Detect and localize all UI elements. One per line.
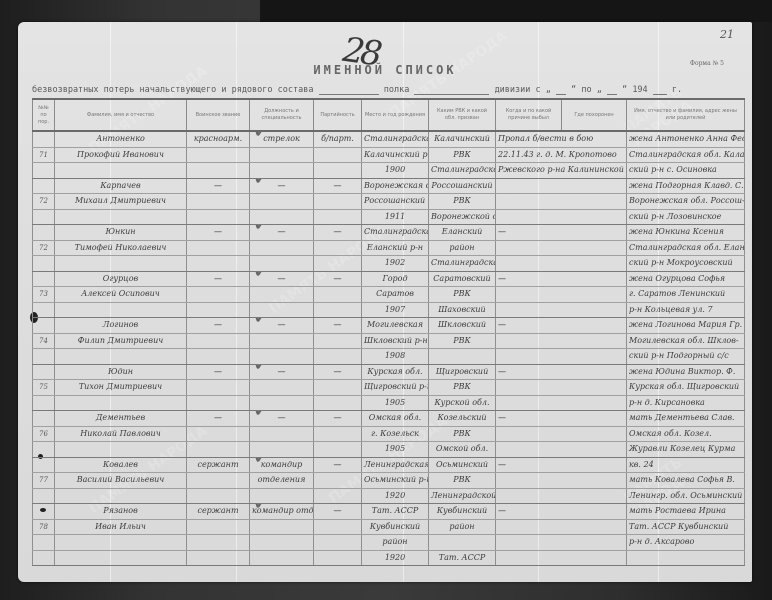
- row-number: 71: [33, 147, 55, 163]
- check-mark-icon: ✓: [252, 178, 272, 189]
- birth-place: Омская обл.: [362, 411, 429, 427]
- surname: Огурцов: [55, 271, 187, 287]
- table-row: 78 Иван Ильич Кувбинский район Тат. АССР…: [33, 519, 745, 535]
- subtitle-regiment: полка: [384, 85, 410, 95]
- relatives: Могилевская обл. Шклов-: [627, 333, 745, 349]
- birth-place: Осьминский р-н: [362, 473, 429, 489]
- table-row: 73 Алексей Осипович Саратов РВК г. Сарат…: [33, 287, 745, 303]
- position: ✓командир: [250, 457, 314, 473]
- check-mark-icon: ✓: [252, 457, 272, 468]
- table-row: Рязанов сержант ✓командир отд. — Тат. АС…: [33, 504, 745, 520]
- table-header-row: №№ по пор. Фамилия, имя и отчество Воинс…: [33, 99, 745, 131]
- drafted-by: Сталинградская обл.: [429, 256, 496, 272]
- birth-year: 1900: [362, 163, 429, 179]
- column-header-rank: Воинское звание: [187, 99, 250, 131]
- left-reason: —: [496, 271, 627, 287]
- drafted-by: Омской обл.: [429, 442, 496, 458]
- birth-year: 1905: [362, 442, 429, 458]
- column-header-buried: Где похоронен: [562, 99, 627, 131]
- drafted-by: Сталинградской обл.: [429, 163, 496, 179]
- birth-place: Город: [362, 271, 429, 287]
- birth-place: Саратов: [362, 287, 429, 303]
- check-mark-icon: ✓: [252, 504, 272, 515]
- relatives: Журавли Козелец Курма: [627, 442, 745, 458]
- relatives: жена Юдина Виктор. Ф.: [627, 364, 745, 380]
- birth-place: Калачинский р-н: [362, 147, 429, 163]
- relatives: р-н д. Кирсановка: [627, 395, 745, 411]
- drafted-by: Ленинградской обл.: [429, 488, 496, 504]
- position: ✓—: [250, 318, 314, 334]
- drafted-by: РВК: [429, 194, 496, 210]
- column-header-number: №№ по пор.: [33, 99, 55, 131]
- drafted-by: район: [429, 240, 496, 256]
- drafted-by: Россошанский: [429, 178, 496, 194]
- drafted-by: Козельский: [429, 411, 496, 427]
- drafted-by: Курской обл.: [429, 395, 496, 411]
- subtitle-year-suffix: г.: [672, 85, 682, 95]
- table-row: Ковалев сержант ✓командир — Ленинградска…: [33, 457, 745, 473]
- relatives: ский р-н Подгорный с/с: [627, 349, 745, 365]
- check-mark-icon: ✓: [252, 364, 272, 375]
- rank: красноарм.: [187, 131, 250, 147]
- table-row: 72 Михаил Дмитриевич Россошанский р-н РВ…: [33, 194, 745, 210]
- birth-place: Россошанский р-н: [362, 194, 429, 210]
- relatives: ский р-н с. Осиновка: [627, 163, 745, 179]
- table-row: 76 Николай Павлович г. Козельск РВК Омск…: [33, 426, 745, 442]
- position: отделения: [250, 473, 314, 489]
- table-row: Юдин — ✓— — Курская обл. Щигровский — же…: [33, 364, 745, 380]
- party: —: [314, 178, 362, 194]
- birth-place: район: [362, 535, 429, 551]
- relatives: ский р-н Мокроусовский: [627, 256, 745, 272]
- left-reason: [496, 178, 627, 194]
- table-row: Карпачев — ✓— — Воронежская обл. Россоша…: [33, 178, 745, 194]
- party: —: [314, 318, 362, 334]
- birth-place: Сталинградская: [362, 131, 429, 147]
- birth-year: 1908: [362, 349, 429, 365]
- left-reason: —: [496, 318, 627, 334]
- birth-year: 1907: [362, 302, 429, 318]
- left-reason: Ржевского р-на Калининской: [496, 163, 627, 179]
- left-reason: 22.11.43 г. д. М. Кропотово: [496, 147, 627, 163]
- relatives: кв. 24: [627, 457, 745, 473]
- relatives: Омская обл. Козел.: [627, 426, 745, 442]
- position: ✓—: [250, 178, 314, 194]
- scan-shadow: [260, 0, 772, 22]
- table-row: 1905 Курской обл. р-н д. Кирсановка: [33, 395, 745, 411]
- table-row: 1907 Шаховский р-н Кольцевая ул. 7: [33, 302, 745, 318]
- position: ✓—: [250, 271, 314, 287]
- row-number: 78: [33, 519, 55, 535]
- left-reason: —: [496, 364, 627, 380]
- surname: Рязанов: [55, 504, 187, 520]
- table-row: 77 Василий Васильевич отделения Осьминск…: [33, 473, 745, 489]
- party: б/парт.: [314, 131, 362, 147]
- table-row: 1920 Ленинградской обл. Ленингр. обл. Ос…: [33, 488, 745, 504]
- party: —: [314, 411, 362, 427]
- birth-place: Воронежская обл.: [362, 178, 429, 194]
- relatives: жена Подгорная Клавд. С.: [627, 178, 745, 194]
- table-row: Огурцов — ✓— — Город Саратовский — жена …: [33, 271, 745, 287]
- position: ✓командир отд.: [250, 504, 314, 520]
- column-header-party: Партийность: [314, 99, 362, 131]
- position: ✓стрелок: [250, 131, 314, 147]
- drafted-by: Осьминский: [429, 457, 496, 473]
- relatives: ский р-н Лозовинское: [627, 209, 745, 225]
- row-number: 77: [33, 473, 55, 489]
- column-header-left: Когда и по какой причине выбыл: [496, 99, 562, 131]
- relatives: Ленингр. обл. Осьминский р-н: [627, 488, 745, 504]
- relatives: р-н д. Аксарово: [627, 535, 745, 551]
- surname: Карпачев: [55, 178, 187, 194]
- birth-place: Шкловский р-н: [362, 333, 429, 349]
- year-blank: [653, 85, 667, 95]
- position: ✓—: [250, 411, 314, 427]
- given-name: Николай Павлович: [55, 426, 187, 442]
- drafted-by: Щигровский: [429, 364, 496, 380]
- table-row: 1911 Воронежской обл. ский р-н Лозовинск…: [33, 209, 745, 225]
- check-mark-icon: ✓: [252, 318, 272, 329]
- relatives: жена Антоненко Анна Фед.: [627, 131, 745, 147]
- relatives: жена Логинова Мария Гр.: [627, 318, 745, 334]
- document-title: ИМЕННОЙ СПИСОК: [18, 63, 752, 77]
- surname: Дементьев: [55, 411, 187, 427]
- drafted-by: Еланский: [429, 225, 496, 241]
- birth-year: 1905: [362, 395, 429, 411]
- surname: Логинов: [55, 318, 187, 334]
- left-reason: —: [496, 411, 627, 427]
- check-mark-icon: ✓: [252, 225, 272, 236]
- date-to-blank: [607, 85, 617, 95]
- table-row: Логинов — ✓— — Могилевская Шкловский — ж…: [33, 318, 745, 334]
- rank: —: [187, 225, 250, 241]
- given-name: Филип Дмитриевич: [55, 333, 187, 349]
- column-header-drafted: Каким РВК и какой обл. призван: [429, 99, 496, 131]
- check-mark-icon: ✓: [252, 131, 272, 142]
- rank: —: [187, 364, 250, 380]
- regiment-blank: [319, 85, 379, 95]
- given-name: Тимофей Николаевич: [55, 240, 187, 256]
- document-subtitle: безвозвратных потерь начальствующего и р…: [32, 85, 744, 95]
- table-row: 1900 Сталинградской обл. Ржевского р-на …: [33, 163, 745, 179]
- party: —: [314, 225, 362, 241]
- drafted-by: РВК: [429, 287, 496, 303]
- surname: Юнкин: [55, 225, 187, 241]
- table-row: 75 Тихон Дмитриевич Щигровский р-н РВК К…: [33, 380, 745, 396]
- relatives: Сталинградская обл. Калачин-: [627, 147, 745, 163]
- rank: —: [187, 411, 250, 427]
- row-number: 76: [33, 426, 55, 442]
- subtitle-losses: безвозвратных потерь начальствующего и р…: [32, 85, 313, 95]
- drafted-by: РВК: [429, 333, 496, 349]
- subtitle-division: дивизии с „: [495, 85, 551, 95]
- drafted-by: Воронежской обл.: [429, 209, 496, 225]
- relatives: жена Огурцова Софья: [627, 271, 745, 287]
- drafted-by: РВК: [429, 426, 496, 442]
- document-sheet: ПАМЯТЬ НАРОДА ПАМЯТЬ НАРОДА ПАМЯТЬ НАРОД…: [18, 22, 752, 582]
- birth-year: 1920: [362, 550, 429, 566]
- table-row: 71 Прокофий Иванович Калачинский р-н РВК…: [33, 147, 745, 163]
- left-reason: —: [496, 225, 627, 241]
- relatives: Курская обл. Щигровский: [627, 380, 745, 396]
- given-name: Михаил Дмитриевич: [55, 194, 187, 210]
- drafted-by: Шаховский: [429, 302, 496, 318]
- drafted-by: Саратовский: [429, 271, 496, 287]
- table-row: 1920 Тат. АССР: [33, 550, 745, 566]
- given-name: Алексей Осипович: [55, 287, 187, 303]
- drafted-by: Тат. АССР: [429, 550, 496, 566]
- left-reason: —: [496, 504, 627, 520]
- drafted-by: [429, 349, 496, 365]
- given-name: Тихон Дмитриевич: [55, 380, 187, 396]
- table-row: 1905 Омской обл. Журавли Козелец Курма: [33, 442, 745, 458]
- birth-place: Сталинградская обл.: [362, 225, 429, 241]
- table-row: Антоненко красноарм. ✓стрелок б/парт. Ст…: [33, 131, 745, 147]
- left-reason: Пропал б/вести в бою: [496, 131, 627, 147]
- surname: Ковалев: [55, 457, 187, 473]
- rank: —: [187, 178, 250, 194]
- relatives: мать Ростаева Ирина: [627, 504, 745, 520]
- drafted-by: район: [429, 519, 496, 535]
- check-mark-icon: ✓: [252, 271, 272, 282]
- table-row: 74 Филип Дмитриевич Шкловский р-н РВК Мо…: [33, 333, 745, 349]
- row-number: 72: [33, 240, 55, 256]
- relatives: мать Ковалева Софья В.: [627, 473, 745, 489]
- table-row: Юнкин — ✓— — Сталинградская обл. Елански…: [33, 225, 745, 241]
- party: —: [314, 364, 362, 380]
- birth-place: Кувбинский: [362, 519, 429, 535]
- birth-place: Ленинградская: [362, 457, 429, 473]
- subtitle-year: “ 194: [622, 85, 648, 95]
- row-number: 73: [33, 287, 55, 303]
- given-name: Прокофий Иванович: [55, 147, 187, 163]
- relatives: Тат. АССР Кувбинский: [627, 519, 745, 535]
- birth-place: Еланский р-н: [362, 240, 429, 256]
- table-row: район р-н д. Аксарово: [33, 535, 745, 551]
- given-name: Иван Ильич: [55, 519, 187, 535]
- birth-year: 1902: [362, 256, 429, 272]
- birth-year: 1920: [362, 488, 429, 504]
- rank: сержант: [187, 457, 250, 473]
- relatives: р-н Кольцевая ул. 7: [627, 302, 745, 318]
- relatives: жена Юнкина Ксения: [627, 225, 745, 241]
- table-row: 1908 ский р-н Подгорный с/с: [33, 349, 745, 365]
- drafted-by: Кувбинский: [429, 504, 496, 520]
- column-header-position: Должность и специальность: [250, 99, 314, 131]
- birth-place: Щигровский р-н: [362, 380, 429, 396]
- table-row: 1902 Сталинградская обл. ский р-н Мокроу…: [33, 256, 745, 272]
- drafted-by: Шкловский: [429, 318, 496, 334]
- row-number: 74: [33, 333, 55, 349]
- table-row: 72 Тимофей Николаевич Еланский р-н район…: [33, 240, 745, 256]
- relatives: Сталинградская обл. Елан-: [627, 240, 745, 256]
- party: —: [314, 504, 362, 520]
- rank: сержант: [187, 504, 250, 520]
- drafted-by: Калачинский: [429, 131, 496, 147]
- table-row: Дементьев — ✓— — Омская обл. Козельский …: [33, 411, 745, 427]
- losses-table: №№ по пор. Фамилия, имя и отчество Воинс…: [32, 98, 745, 566]
- birth-place: Могилевская: [362, 318, 429, 334]
- position: ✓—: [250, 364, 314, 380]
- relatives: мать Дементьева Слав.: [627, 411, 745, 427]
- date-from-blank: [556, 85, 566, 95]
- row-number: 72: [33, 194, 55, 210]
- sheet-number: 21: [720, 28, 734, 41]
- column-header-name: Фамилия, имя и отчество: [55, 99, 187, 131]
- rank: —: [187, 271, 250, 287]
- drafted-by: РВК: [429, 473, 496, 489]
- subtitle-to: “ по „: [571, 85, 602, 95]
- relatives: Воронежская обл. Россош-: [627, 194, 745, 210]
- left-reason: —: [496, 457, 627, 473]
- drafted-by: РВК: [429, 380, 496, 396]
- birth-place: Курская обл.: [362, 364, 429, 380]
- party: —: [314, 457, 362, 473]
- relatives: г. Саратов Ленинский: [627, 287, 745, 303]
- rank: —: [187, 318, 250, 334]
- position: ✓—: [250, 225, 314, 241]
- birth-year: 1911: [362, 209, 429, 225]
- party: —: [314, 271, 362, 287]
- given-name: Василий Васильевич: [55, 473, 187, 489]
- surname: Юдин: [55, 364, 187, 380]
- birth-place: Тат. АССР: [362, 504, 429, 520]
- drafted-by: РВК: [429, 147, 496, 163]
- surname: Антоненко: [55, 131, 187, 147]
- check-mark-icon: ✓: [252, 411, 272, 422]
- row-number: 75: [33, 380, 55, 396]
- birth-place: г. Козельск: [362, 426, 429, 442]
- division-blank: [414, 85, 489, 95]
- column-header-birth: Место и год рождения: [362, 99, 429, 131]
- column-header-relatives: Имя, отчество и фамилия, адрес жены или …: [627, 99, 745, 131]
